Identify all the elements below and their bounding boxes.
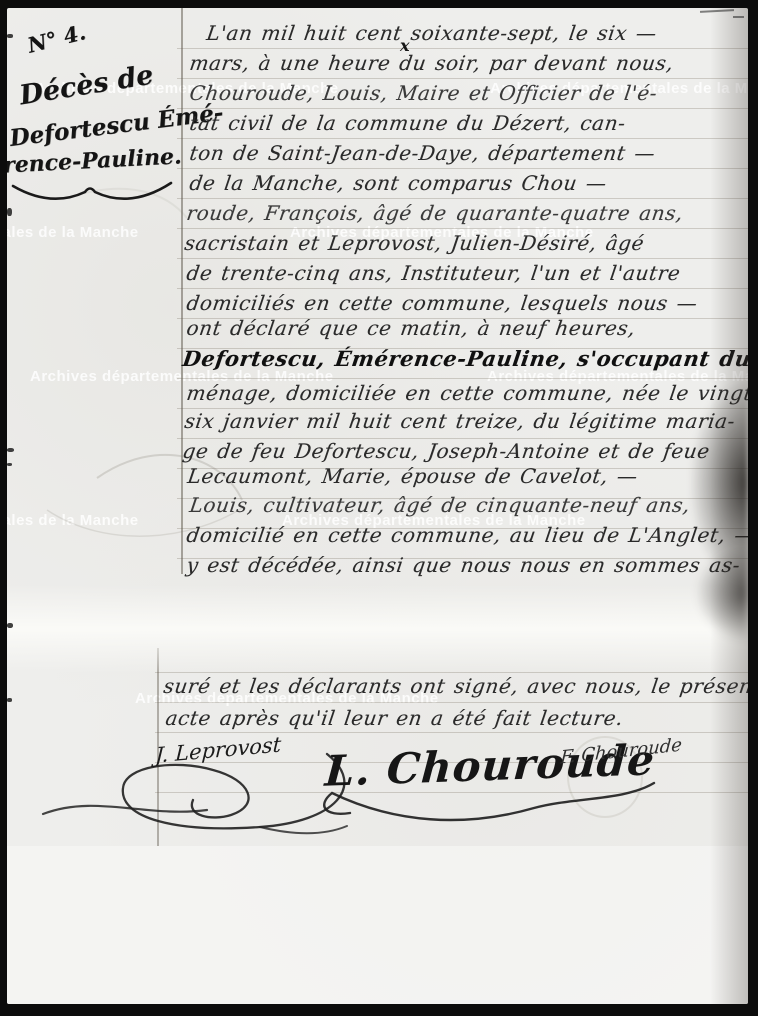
edge-ink-speck	[7, 208, 12, 216]
act-line: ont déclaré que ce matin, à neuf heures,	[185, 316, 637, 340]
act-line: six janvier mil huit cent treize, du lég…	[183, 409, 737, 433]
edge-ink-speck	[7, 34, 13, 38]
act-line: ménage, domiciliée en cette commune, née…	[185, 381, 748, 405]
act-line: ge de feu Defortescu, Joseph-Antoine et …	[181, 439, 712, 463]
act-line: Chouroude, Louis, Maire et Officier de l…	[188, 81, 659, 105]
edge-ink-speck	[7, 698, 12, 702]
act-line-deceased-name: Defortescu, Émérence-Pauline, s'occupant…	[181, 346, 748, 371]
edge-ink-speck	[7, 463, 12, 466]
top-edge-ink-dash	[733, 16, 744, 18]
act-line: Louis, cultivateur, âgé de cinquante-neu…	[188, 493, 692, 517]
act-line: de trente-cinq ans, Instituteur, l'un et…	[185, 261, 682, 285]
scan-shadow-blob	[695, 544, 748, 642]
margin-brace-flourish	[9, 178, 179, 208]
scan-frame: Archives départementales de la Manche Ar…	[0, 0, 758, 1016]
act-line: y est décédée, ainsi que nous nous en so…	[185, 553, 742, 577]
edge-ink-speck	[7, 448, 14, 452]
act-line: de la Manche, sont comparus Chou —	[188, 171, 608, 195]
act-line: roude, François, âgé de quarante-quatre …	[185, 201, 685, 225]
act-continuation-line: suré et les déclarants ont signé, avec n…	[162, 674, 748, 698]
signature-underline-flourish	[302, 773, 662, 828]
act-line: L'an mil huit cent soixante-sept, le six…	[205, 21, 658, 45]
edge-ink-speck	[7, 623, 13, 628]
blank-lower-margin	[7, 846, 748, 1004]
act-line: sacristain et Leprovost, Julien-Désiré, …	[183, 231, 646, 255]
page-join-fade	[7, 585, 748, 673]
document-page: Archives départementales de la Manche Ar…	[7, 8, 748, 1004]
act-line: domicilié en cette commune, au lieu de L…	[185, 523, 748, 547]
act-line: tat civil de la commune du Dézert, can-	[188, 111, 627, 135]
act-line: mars, à une heure du soir, par devant no…	[188, 51, 675, 75]
act-line: domiciliés en cette commune, lesquels no…	[185, 291, 699, 315]
act-line: ton de Saint-Jean-de-Daye, département —	[188, 141, 657, 165]
act-line: Lecaumont, Marie, épouse de Cavelot, —	[186, 464, 639, 488]
